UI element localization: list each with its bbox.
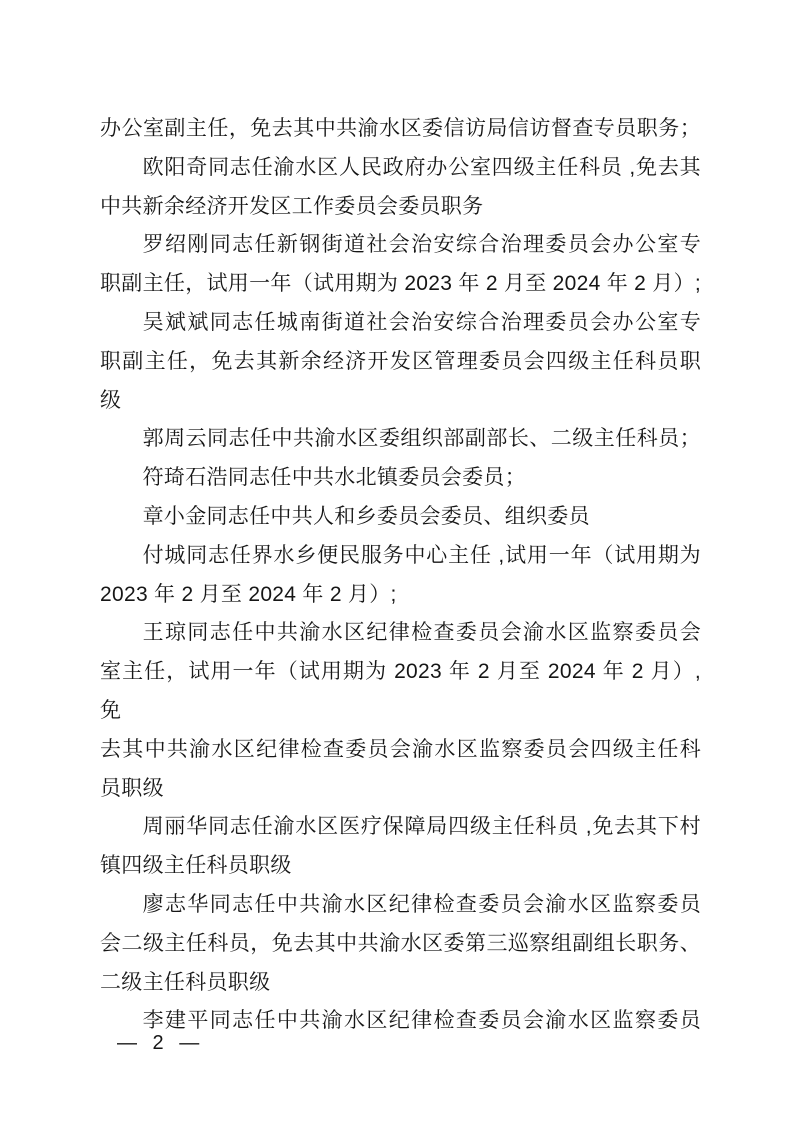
document-line: 二级主任科员职级 bbox=[100, 964, 701, 1003]
document-line: 章小金同志任中共人和乡委员会委员、组织委员 bbox=[100, 498, 701, 537]
document-line: 吴斌斌同志任城南街道社会治安综合治理委员会办公室专 bbox=[100, 304, 701, 343]
document-line: 罗绍刚同志任新钢街道社会治安综合治理委员会办公室专 bbox=[100, 226, 701, 265]
document-line: 级 bbox=[100, 382, 701, 421]
document-line: 会二级主任科员，免去其中共渝水区委第三巡察组副组长职务、 bbox=[100, 925, 701, 964]
document-page: 办公室副主任，免去其中共渝水区委信访局信访督查专员职务； 欧阳奇同志任渝水区人民… bbox=[0, 0, 793, 1122]
document-line: 办公室副主任，免去其中共渝水区委信访局信访督查专员职务； bbox=[100, 110, 701, 149]
document-line: 王琼同志任中共渝水区纪律检查委员会渝水区监察委员会 bbox=[100, 614, 701, 653]
document-line: 郭周云同志任中共渝水区委组织部副部长、二级主任科员； bbox=[100, 420, 701, 459]
document-line: 去其中共渝水区纪律检查委员会渝水区监察委员会四级主任科 bbox=[100, 731, 701, 770]
document-line: 员职级 bbox=[100, 770, 701, 809]
document-line: 职副主任，免去其新余经济开发区管理委员会四级主任科员职 bbox=[100, 343, 701, 382]
document-line: 符琦石浩同志任中共水北镇委员会委员； bbox=[100, 459, 701, 498]
document-line: 欧阳奇同志任渝水区人民政府办公室四级主任科员 ,免去其 bbox=[100, 149, 701, 188]
document-line: 2023 年 2 月至 2024 年 2 月）; bbox=[100, 576, 701, 615]
document-text-block: 办公室副主任，免去其中共渝水区委信访局信访督查专员职务； 欧阳奇同志任渝水区人民… bbox=[100, 110, 701, 1041]
document-line: 廖志华同志任中共渝水区纪律检查委员会渝水区监察委员 bbox=[100, 886, 701, 925]
document-line: 周丽华同志任渝水区医疗保障局四级主任科员 ,免去其下村 bbox=[100, 808, 701, 847]
document-line: 室主任，试用一年（试用期为 2023 年 2 月至 2024 年 2 月）, 免 bbox=[100, 653, 701, 731]
document-line: 中共新余经济开发区工作委员会委员职务 bbox=[100, 188, 701, 227]
document-line: 镇四级主任科员职级 bbox=[100, 847, 701, 886]
document-line: 付城同志任界水乡便民服务中心主任 ,试用一年（试用期为 bbox=[100, 537, 701, 576]
page-number: — 2 — bbox=[117, 1028, 201, 1058]
document-line: 职副主任，试用一年（试用期为 2023 年 2 月至 2024 年 2 月）; bbox=[100, 265, 701, 304]
